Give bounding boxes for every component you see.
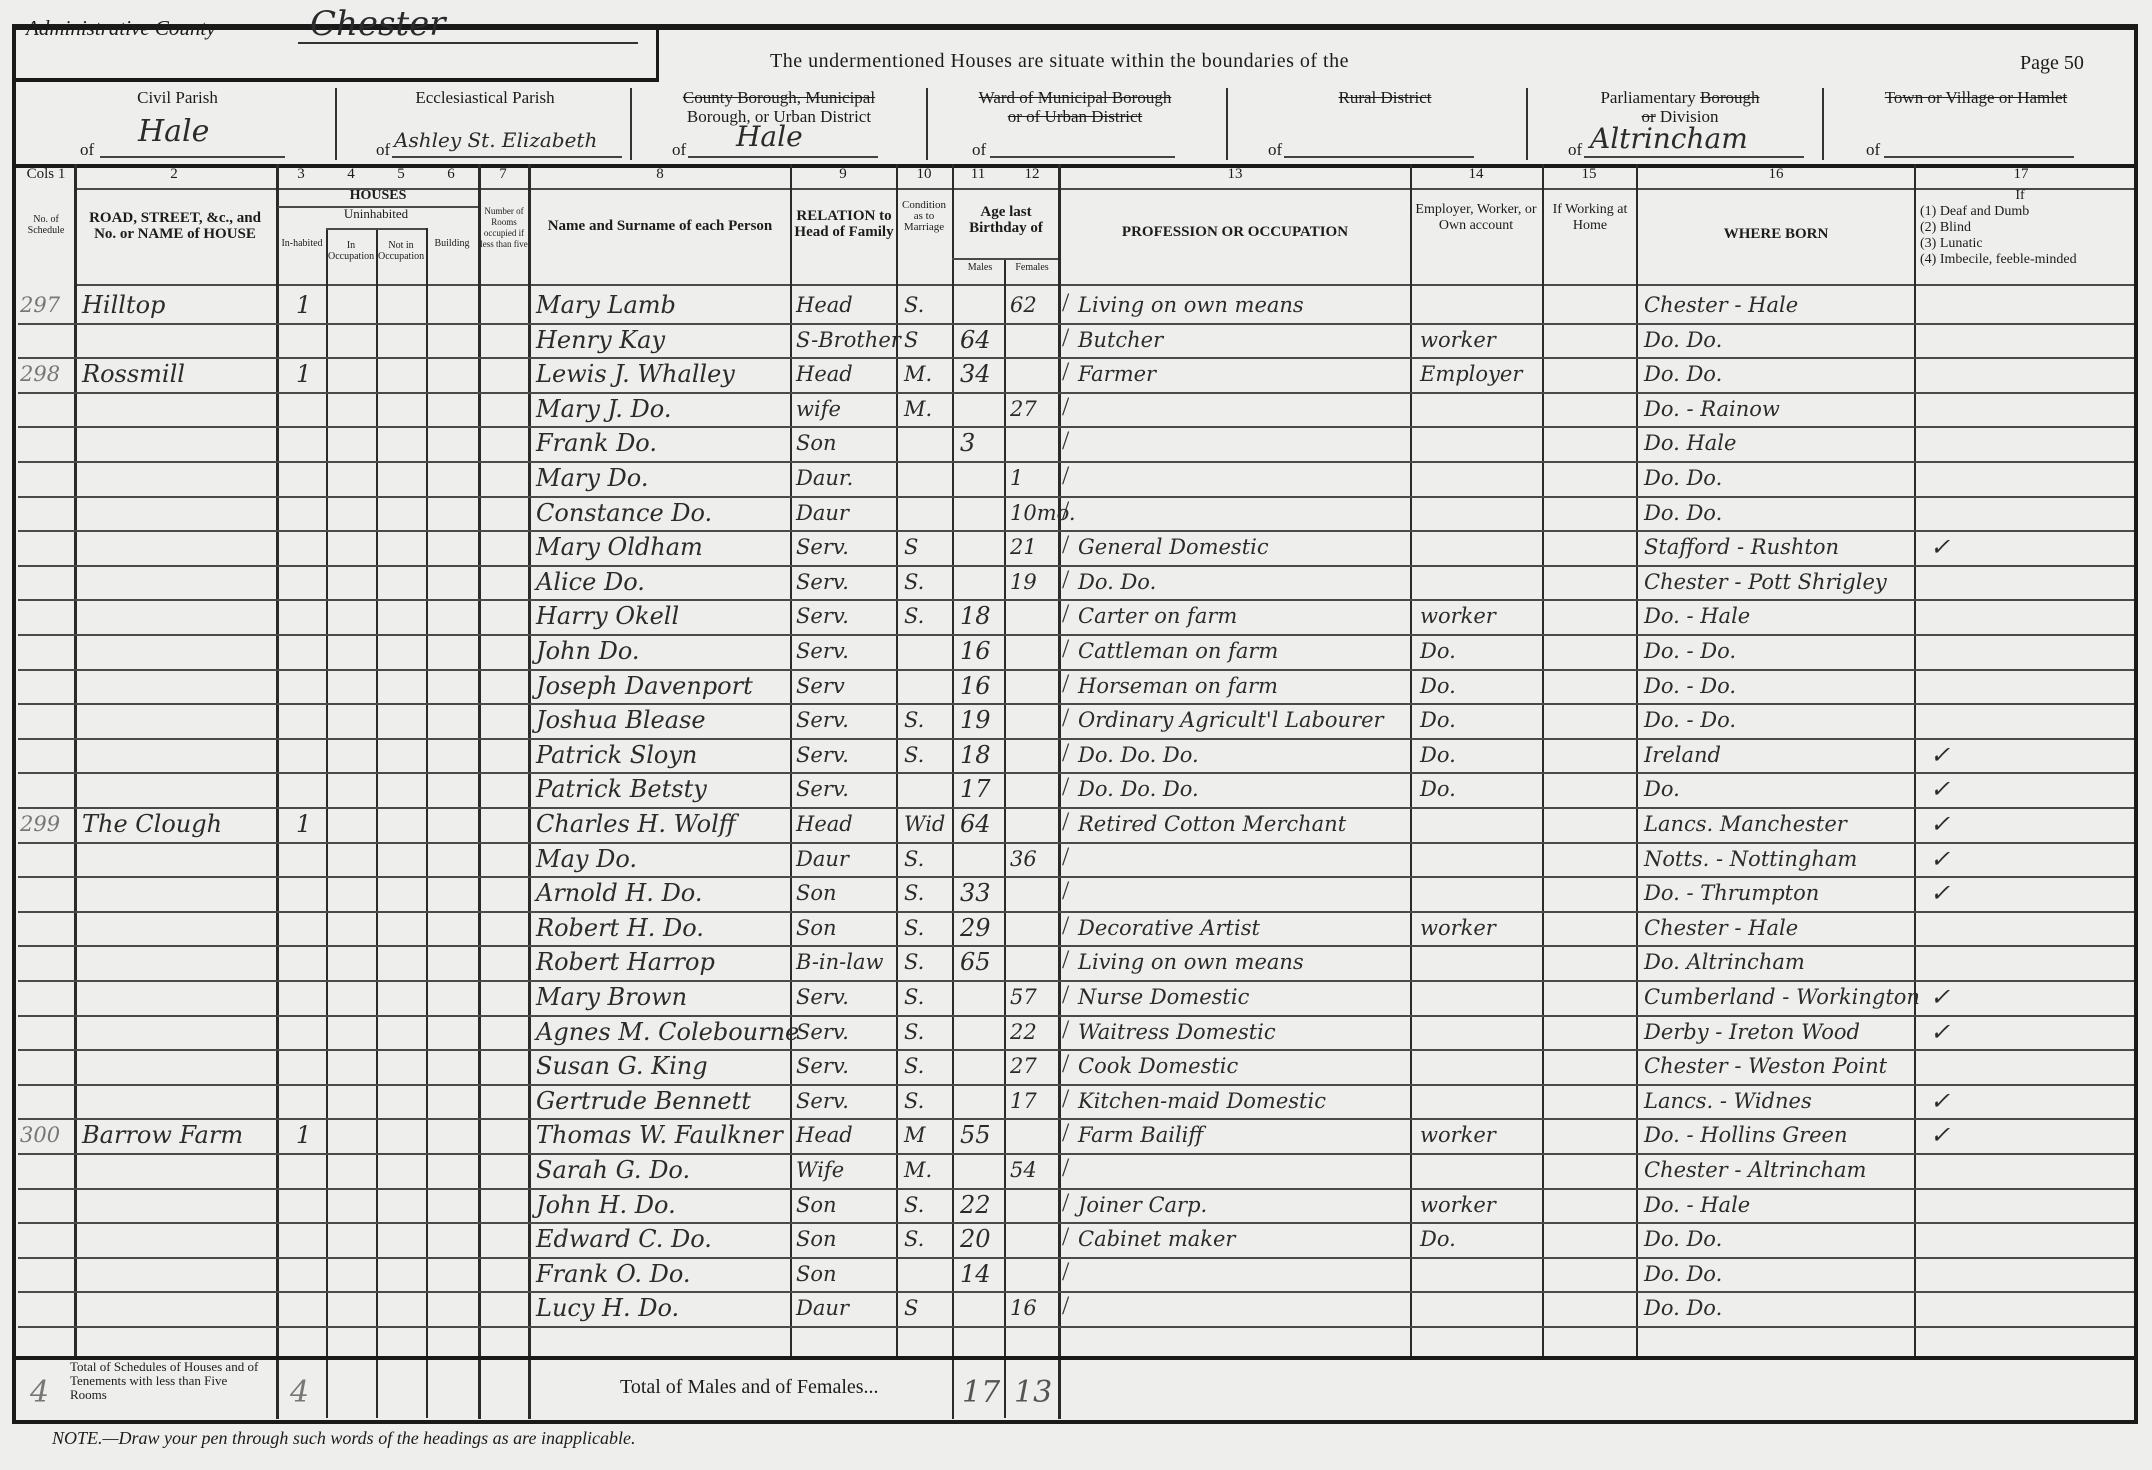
admin-county-value: Chester [310,4,446,44]
checkmark-icon: / [1062,357,1069,387]
checkmark-icon: / [1062,530,1069,560]
relation: S-Brother [796,325,901,355]
person-name: Mary Oldham [536,532,703,562]
birthplace: Derby - Ireton Wood [1644,1017,1860,1047]
row-rule [18,1188,2134,1190]
col-heading-house: ROAD, STREET, &c., and No. or NAME of HO… [80,210,270,242]
admin-county-underline [298,42,638,44]
marital-condition: S. [904,740,924,770]
relation: Son [796,428,837,458]
infirmity-mark: ✓ [1930,878,1950,908]
male-age: 16 [960,636,991,666]
relation: Serv. [796,601,849,631]
col-heading-in-occupation: In Occupation [328,240,374,262]
footer-note: NOTE.—Draw your pen through such words o… [52,1428,636,1449]
person-name: Mary Do. [536,463,648,493]
checkmark-icon: / [1062,842,1069,872]
infirmity-option: (1) Deaf and Dumb [1920,204,2120,220]
relation: Head [796,1120,853,1150]
relation: wife [796,394,841,424]
birthplace: Cumberland - Workington [1644,982,1920,1012]
col-heading-houses: HOUSES [278,188,478,204]
row-rule [18,1326,2134,1328]
underline [392,156,622,158]
person-name: Patrick Betsty [536,774,707,804]
marital-condition: S. [904,1190,924,1220]
col-heading-infirmity: If (1) Deaf and Dumb (2) Blind (3) Lunat… [1920,188,2120,268]
birthplace: Do. Do. [1644,325,1722,355]
female-age: 17 [1010,1086,1037,1116]
female-age: 62 [1010,290,1037,320]
checkmark-icon: / [1062,1118,1069,1148]
col-number: 6 [426,166,476,183]
employment-status: worker [1420,601,1496,631]
col-number: 7 [478,166,528,183]
division-value-urban-district: Hale [736,120,803,153]
checkmark-icon: / [1062,1291,1069,1321]
occupation: Joiner Carp. [1078,1190,1207,1220]
house-name: Barrow Farm [82,1120,243,1150]
male-age: 18 [960,740,991,770]
male-age: 64 [960,809,991,839]
col-heading-schedule: No. of Schedule [18,214,74,236]
marital-condition: S. [904,947,924,977]
col-number: 12 [1004,166,1060,183]
person-name: Robert H. Do. [536,913,704,943]
col-divider [426,228,428,1418]
col-divider [1410,164,1412,1359]
marital-condition: M. [904,394,932,424]
birthplace: Do. Do. [1644,463,1722,493]
checkmark-icon: / [1062,1257,1069,1287]
col-divider [1004,258,1006,1418]
col-divider [478,164,481,1419]
checkmark-icon: / [1062,565,1069,595]
birthplace: Chester - Weston Point [1644,1051,1887,1081]
person-name: May Do. [536,844,637,874]
female-age: 54 [1010,1155,1037,1185]
occupation: Decorative Artist [1078,913,1260,943]
birthplace: Do. - Hale [1644,601,1750,631]
person-name: John H. Do. [536,1190,676,1220]
occupation: Living on own means [1078,947,1304,977]
row-rule [18,634,2134,636]
page-number-value: 50 [2064,52,2084,74]
male-age: 33 [960,878,991,908]
birthplace: Chester - Hale [1644,913,1798,943]
person-name: Joshua Blease [536,705,706,735]
schedule-number: 297 [20,290,60,320]
schedule-number: 299 [20,809,60,839]
birthplace: Do. - Hollins Green [1644,1120,1848,1150]
employment-status: worker [1420,325,1496,355]
female-age: 22 [1010,1017,1037,1047]
female-age: 16 [1010,1293,1037,1323]
col-heading-females: Females [1006,262,1058,273]
male-age: 17 [960,774,991,804]
marital-condition: S. [904,290,924,320]
relation: Daur [796,1293,849,1323]
division-value-ecclesiastical-parish: Ashley St. Elizabeth [394,128,597,152]
col-heading-males: Males [956,262,1004,273]
marital-condition: M. [904,1155,932,1185]
col-number: 2 [74,166,274,183]
relation: Son [796,1224,837,1254]
male-age: 18 [960,601,991,631]
row-rule [18,392,2134,394]
division-of: of [1568,140,1582,160]
relation: Daur [796,844,849,874]
marital-condition: S [904,1293,918,1323]
infirmity-mark: ✓ [1930,532,1950,562]
occupation: Do. Do. Do. [1078,774,1199,804]
row-rule [18,772,2134,774]
row-rule [18,496,2134,498]
person-name: Mary J. Do. [536,394,671,424]
division-label: Ecclesiastical Parish [340,88,630,107]
division-label-struck: Town or Village or Hamlet [1826,88,2126,107]
division-of: of [972,140,986,160]
col-heading-uninhabited: Uninhabited [326,206,426,222]
employment-status: worker [1420,1190,1496,1220]
col-divider [74,164,77,1359]
birthplace: Chester - Hale [1644,290,1798,320]
male-age: 22 [960,1190,991,1220]
male-age: 16 [960,671,991,701]
row-rule [18,461,2134,463]
inhabited-total: 4 [290,1378,309,1408]
occupation: Horseman on farm [1078,671,1278,701]
row-rule [18,426,2134,428]
birthplace: Do. - Do. [1644,705,1736,735]
row-rule [18,669,2134,671]
occupation: Cabinet maker [1078,1224,1235,1254]
col-divider [276,164,279,1419]
checkmark-icon: / [1062,945,1069,975]
occupation: Carter on farm [1078,601,1237,631]
person-name: Charles H. Wolff [536,809,736,839]
employment-status: Do. [1420,774,1456,804]
person-name: John Do. [536,636,640,666]
schedule-number: 298 [20,359,60,389]
col-heading-at-home: If Working at Home [1546,202,1634,234]
infirmity-mark: ✓ [1930,774,1950,804]
underline [1284,156,1474,158]
row-rule [18,357,2134,359]
division-of: of [80,140,94,160]
underline [100,156,285,158]
page-title: The undermentioned Houses are situate wi… [770,50,1349,73]
male-age: 34 [960,359,991,389]
infirmity-option: (4) Imbecile, feeble-minded [1920,252,2120,268]
male-age: 20 [960,1224,991,1254]
col-heading-relation: RELATION to Head of Family [794,208,894,240]
checkmark-icon: / [1062,426,1069,456]
checkmark-icon: / [1062,703,1069,733]
females-total: 13 [1014,1378,1052,1408]
admin-county-label: Administrative County [26,16,216,41]
persons-total-label: Total of Males and of Females... [620,1376,879,1399]
division-of: of [672,140,686,160]
birthplace: Stafford - Rushton [1644,532,1839,562]
relation: Son [796,1190,837,1220]
row-rule [18,599,2134,601]
person-name: Constance Do. [536,498,712,528]
occupation: Butcher [1078,325,1163,355]
relation: Serv. [796,567,849,597]
col-divider [790,164,792,1359]
row-rule [18,1291,2134,1293]
col-number: 3 [276,166,326,183]
divider [335,88,337,160]
row-rule [18,1222,2134,1224]
underline [990,156,1175,158]
col-heading-rooms: Number of Rooms occupied if less than fi… [480,206,528,250]
col-number: 11 [952,166,1004,183]
relation: Serv. [796,774,849,804]
checkmark-icon: / [1062,772,1069,802]
col-divider [952,164,954,1419]
employment-status: Do. [1420,671,1456,701]
birthplace: Ireland [1644,740,1721,770]
occupation: Ordinary Agricult'l Labourer [1078,705,1384,735]
checkmark-icon: / [1062,1015,1069,1045]
relation: Serv. [796,1086,849,1116]
occupation: Do. Do. [1078,567,1156,597]
marital-condition: S. [904,567,924,597]
division-label-struck: Borough [1700,88,1760,107]
col-number: 4 [326,166,376,183]
divider [630,88,632,160]
person-name: Arnold H. Do. [536,878,702,908]
house-name: The Clough [82,809,222,839]
birthplace: Do. [1644,774,1680,804]
infirmity-option: (2) Blind [1920,220,2120,236]
division-label: Parliamentary [1600,88,1700,107]
schedules-total-label: Total of Schedules of Houses and of Tene… [70,1360,260,1402]
employment-status: Do. [1420,740,1456,770]
marital-condition: S [904,532,918,562]
checkmark-icon: / [1062,807,1069,837]
birthplace: Do. - Do. [1644,636,1736,666]
male-age: 3 [960,428,975,458]
person-name: Gertrude Bennett [536,1086,751,1116]
marital-condition: S. [904,1086,924,1116]
person-name: Thomas W. Faulkner [536,1120,783,1150]
relation: Head [796,809,853,839]
female-age: 21 [1010,532,1037,562]
occupation: Kitchen-maid Domestic [1078,1086,1326,1116]
col-number: 9 [790,166,896,183]
employment-status: Do. [1420,705,1456,735]
division-of: of [1268,140,1282,160]
col-divider [1636,164,1638,1359]
relation: Head [796,359,853,389]
checkmark-icon: / [1062,461,1069,491]
col-number: 15 [1542,166,1636,183]
occupation: Cook Domestic [1078,1051,1238,1081]
col-heading-occupation: PROFESSION OR OCCUPATION [1070,224,1400,240]
birthplace: Do. - Thrumpton [1644,878,1819,908]
checkmark-icon: / [1062,323,1069,353]
col-heading-where-born: WHERE BORN [1640,226,1912,242]
division-of: of [1866,140,1880,160]
checkmark-icon: / [1062,496,1069,526]
male-age: 55 [960,1120,991,1150]
relation: Serv. [796,740,849,770]
checkmark-icon: / [1062,392,1069,422]
marital-condition: S. [904,844,924,874]
male-age: 14 [960,1259,991,1289]
person-name: Lewis J. Whalley [536,359,735,389]
schedule-number: 300 [20,1120,60,1150]
employment-status: Do. [1420,1224,1456,1254]
occupation: Do. Do. Do. [1078,740,1199,770]
division-label: Civil Parish [20,88,335,107]
inhabited-count: 1 [296,1120,311,1150]
checkmark-icon: / [1062,738,1069,768]
age-rule [952,258,1058,260]
col-number: 16 [1636,166,1916,183]
female-age: 27 [1010,394,1037,424]
female-age: 57 [1010,982,1037,1012]
heading-rule [74,284,2134,286]
marital-condition: S. [904,601,924,631]
division-label-struck: Ward of Municipal Borough [930,88,1220,107]
male-age: 64 [960,325,991,355]
checkmark-icon: / [1062,876,1069,906]
col-heading-age: Age last Birthday of [956,204,1056,236]
col-divider [1058,164,1061,1419]
occupation: Nurse Domestic [1078,982,1249,1012]
relation: Serv. [796,705,849,735]
employment-status: worker [1420,913,1496,943]
marital-condition: S. [904,878,924,908]
person-name: Robert Harrop [536,947,715,977]
birthplace: Do. Do. [1644,1293,1722,1323]
page-label: Page [2020,52,2059,74]
person-name: Henry Kay [536,325,665,355]
infirmity-mark: ✓ [1930,982,1950,1012]
infirmity-mark: ✓ [1930,844,1950,874]
person-name: Edward C. Do. [536,1224,712,1254]
relation: Son [796,913,837,943]
marital-condition: S. [904,1051,924,1081]
occupation: Waitress Domestic [1078,1017,1276,1047]
col-number: 17 [1916,166,2126,183]
marital-condition: M [904,1120,926,1150]
marital-condition: S. [904,1224,924,1254]
infirmity-mark: ✓ [1930,1120,1950,1150]
col-divider [1542,164,1544,1359]
birthplace: Do. - Do. [1644,671,1736,701]
marital-condition: M. [904,359,932,389]
occupation: Retired Cotton Merchant [1078,809,1346,839]
census-sheet: Administrative County Chester The underm… [0,0,2152,1470]
checkmark-icon: / [1062,1153,1069,1183]
infirmity-mark: ✓ [1930,1017,1950,1047]
occupation: Farm Bailiff [1078,1120,1203,1150]
relation: Serv. [796,982,849,1012]
birthplace: Do. - Rainow [1644,394,1780,424]
col-number: 10 [896,166,952,183]
col-divider [1914,164,1916,1359]
checkmark-icon: / [1062,980,1069,1010]
relation: Daur. [796,463,853,493]
occupation: Living on own means [1078,290,1304,320]
underline [1584,156,1804,158]
female-age: 27 [1010,1051,1037,1081]
checkmark-icon: / [1062,1222,1069,1252]
totals-rule [16,1356,2134,1360]
col-heading-name: Name and Surname of each Person [540,218,780,234]
person-name: Agnes M. Colebourne [536,1017,799,1047]
relation: B-in-law [796,947,883,977]
divider [1822,88,1824,160]
divider [1526,88,1528,160]
uninhabited-rule [326,228,426,230]
occupation: General Domestic [1078,532,1269,562]
underline [688,156,878,158]
row-rule [18,703,2134,705]
infirmity-title: If [1920,188,2120,204]
houses-rule [278,206,478,208]
col-heading-condition: Condition as to Marriage [902,200,946,233]
employment-status: worker [1420,1120,1496,1150]
inhabited-count: 1 [296,359,311,389]
relation: Serv. [796,1051,849,1081]
birthplace: Do. Do. [1644,498,1722,528]
birthplace: Chester - Altrincham [1644,1155,1866,1185]
checkmark-icon: / [1062,1188,1069,1218]
inhabited-count: 1 [296,290,311,320]
division-label-struck: Rural District [1230,88,1540,107]
col-divider [376,228,378,1418]
employment-status: Employer [1420,359,1522,389]
checkmark-icon: / [1062,1084,1069,1114]
person-name: Patrick Sloyn [536,740,697,770]
male-age: 19 [960,705,991,735]
marital-condition: S. [904,913,924,943]
person-name: Joseph Davenport [536,671,753,701]
infirmity-option: (3) Lunatic [1920,236,2120,252]
person-name: Lucy H. Do. [536,1293,679,1323]
col-heading-employment: Employer, Worker, or Own account [1412,202,1540,234]
relation: Wife [796,1155,844,1185]
marital-condition: S [904,325,918,355]
birthplace: Do. Do. [1644,1224,1722,1254]
relation: Serv. [796,1017,849,1047]
infirmity-mark: ✓ [1930,809,1950,839]
col-number: Cols 1 [18,166,74,183]
relation: Son [796,878,837,908]
divider [1226,88,1228,160]
relation: Daur [796,498,849,528]
row-rule [18,738,2134,740]
checkmark-icon: / [1062,288,1069,318]
birthplace: Do. Hale [1644,428,1736,458]
division-of: of [376,140,390,160]
person-name: Mary Lamb [536,290,676,320]
checkmark-icon: / [1062,911,1069,941]
underline [1884,156,2074,158]
birthplace: Notts. - Nottingham [1644,844,1857,874]
marital-condition: S. [904,982,924,1012]
relation: Serv. [796,636,849,666]
division-value-parliamentary: Altrincham [1590,122,1748,155]
birthplace: Do. - Hale [1644,1190,1750,1220]
person-name: Alice Do. [536,567,645,597]
